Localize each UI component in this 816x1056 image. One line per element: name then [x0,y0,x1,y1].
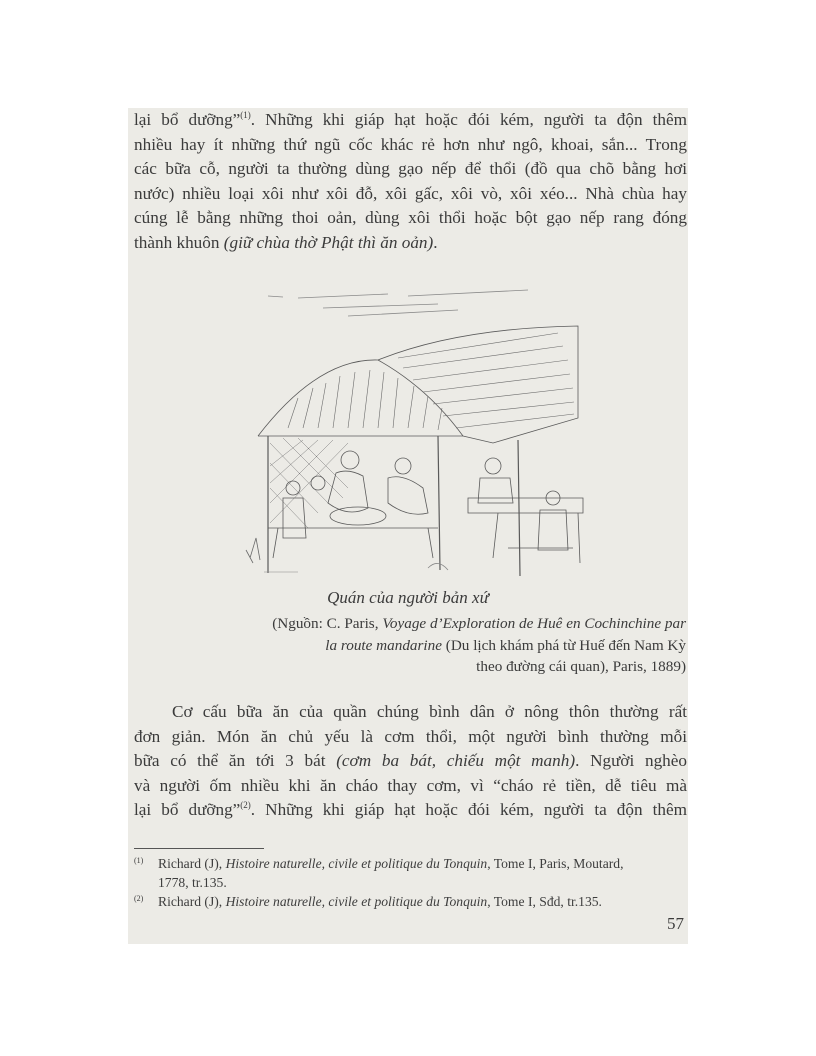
page-number: 57 [667,914,684,934]
footnote-ref-2[interactable]: (2) [240,800,251,810]
footnote-mark: (2) [134,889,143,908]
scanned-book-page: lại bổ dưỡng”(1). Những khi giáp hạt hoặ… [128,108,688,944]
source-line: la route mandarine (Du lịch khám phá từ … [206,635,686,657]
text-segment: Richard (J), [158,856,226,871]
text-segment: lại bổ dưỡng” [134,110,240,129]
italic-proverb: (giữ chùa thờ Phật thì ăn oản) [224,233,434,252]
text-segment: thành khuôn [134,233,224,252]
source-title-italic: la route mandarine [325,637,442,654]
text-line: nước) nhiều loại xôi như xôi đỗ, xôi gấc… [134,182,687,207]
text-segment: , Tome I, Sđd, tr.135. [487,894,602,909]
paragraph-2: Cơ cấu bữa ăn của quần chúng bình dân ở … [134,700,687,823]
footnotes: (1) Richard (J), Histoire naturelle, civ… [134,854,686,911]
text-segment: lại bổ dưỡng” [134,800,240,819]
figure-source-citation: (Nguồn: C. Paris, Voyage d’Exploration d… [206,613,686,678]
text-line: đơn giản. Món ăn chủ yếu là cơm thổi, mộ… [134,725,687,750]
text-segment: Richard (J), [158,894,226,909]
text-segment: . [433,233,437,252]
book-title-italic: Histoire naturelle, civile et politique … [226,894,488,909]
footnote-2: (2) Richard (J), Histoire naturelle, civ… [134,892,686,911]
figure-caption-title: Quán của người bản xứ [128,588,688,608]
illustration-roadside-eatery [228,288,593,578]
text-segment: . Những khi giáp hạt hoặc đói kém, người… [251,110,687,129]
text-line: lại bổ dưỡng”(1). Những khi giáp hạt hoặ… [134,108,687,133]
text-segment: bữa có thể ăn tới 3 bát [134,751,336,770]
text-line: Cơ cấu bữa ăn của quần chúng bình dân ở … [134,700,687,725]
footnote-ref-1[interactable]: (1) [240,110,251,120]
text-segment: . Người nghèo [575,751,687,770]
footnote-1: (1) Richard (J), Histoire naturelle, civ… [134,854,686,892]
source-line: (Nguồn: C. Paris, Voyage d’Exploration d… [206,613,686,635]
text-segment: , Tome I, Paris, Moutard, [487,856,623,871]
text-line: bữa có thể ăn tới 3 bát (cơm ba bát, chi… [134,749,687,774]
italic-proverb: (cơm ba bát, chiếu một manh) [336,751,575,770]
text-line: các bữa cỗ, người ta thường dùng gạo nếp… [134,157,687,182]
paragraph-1: lại bổ dưỡng”(1). Những khi giáp hạt hoặ… [134,108,687,256]
text-line: và người ốm nhiều khi ăn cháo thay cơm, … [134,774,687,799]
footnote-separator [134,848,264,849]
text-segment: . Những khi giáp hạt hoặc đói kém, người… [251,800,687,819]
text-segment: 1778, tr.135. [158,875,227,890]
line-drawing-icon [228,288,593,578]
text-line: cúng lễ bằng những thoi oản, dùng xôi th… [134,206,687,231]
text-line: nhiều hay ít những thứ ngũ cốc khác rẻ h… [134,133,687,158]
book-title-italic: Histoire naturelle, civile et politique … [226,856,488,871]
footnote-mark: (1) [134,851,143,870]
text-segment: (Nguồn: C. Paris, [272,615,382,632]
text-line: thành khuôn (giữ chùa thờ Phật thì ăn oả… [134,231,687,256]
text-line: lại bổ dưỡng”(2). Những khi giáp hạt hoặ… [134,798,687,823]
source-title-italic: Voyage d’Exploration de Huê en Cochinchi… [382,615,686,632]
source-line: theo đường cái quan), Paris, 1889) [206,656,686,678]
text-segment: (Du lịch khám phá từ Huế đến Nam Kỳ [442,637,686,654]
